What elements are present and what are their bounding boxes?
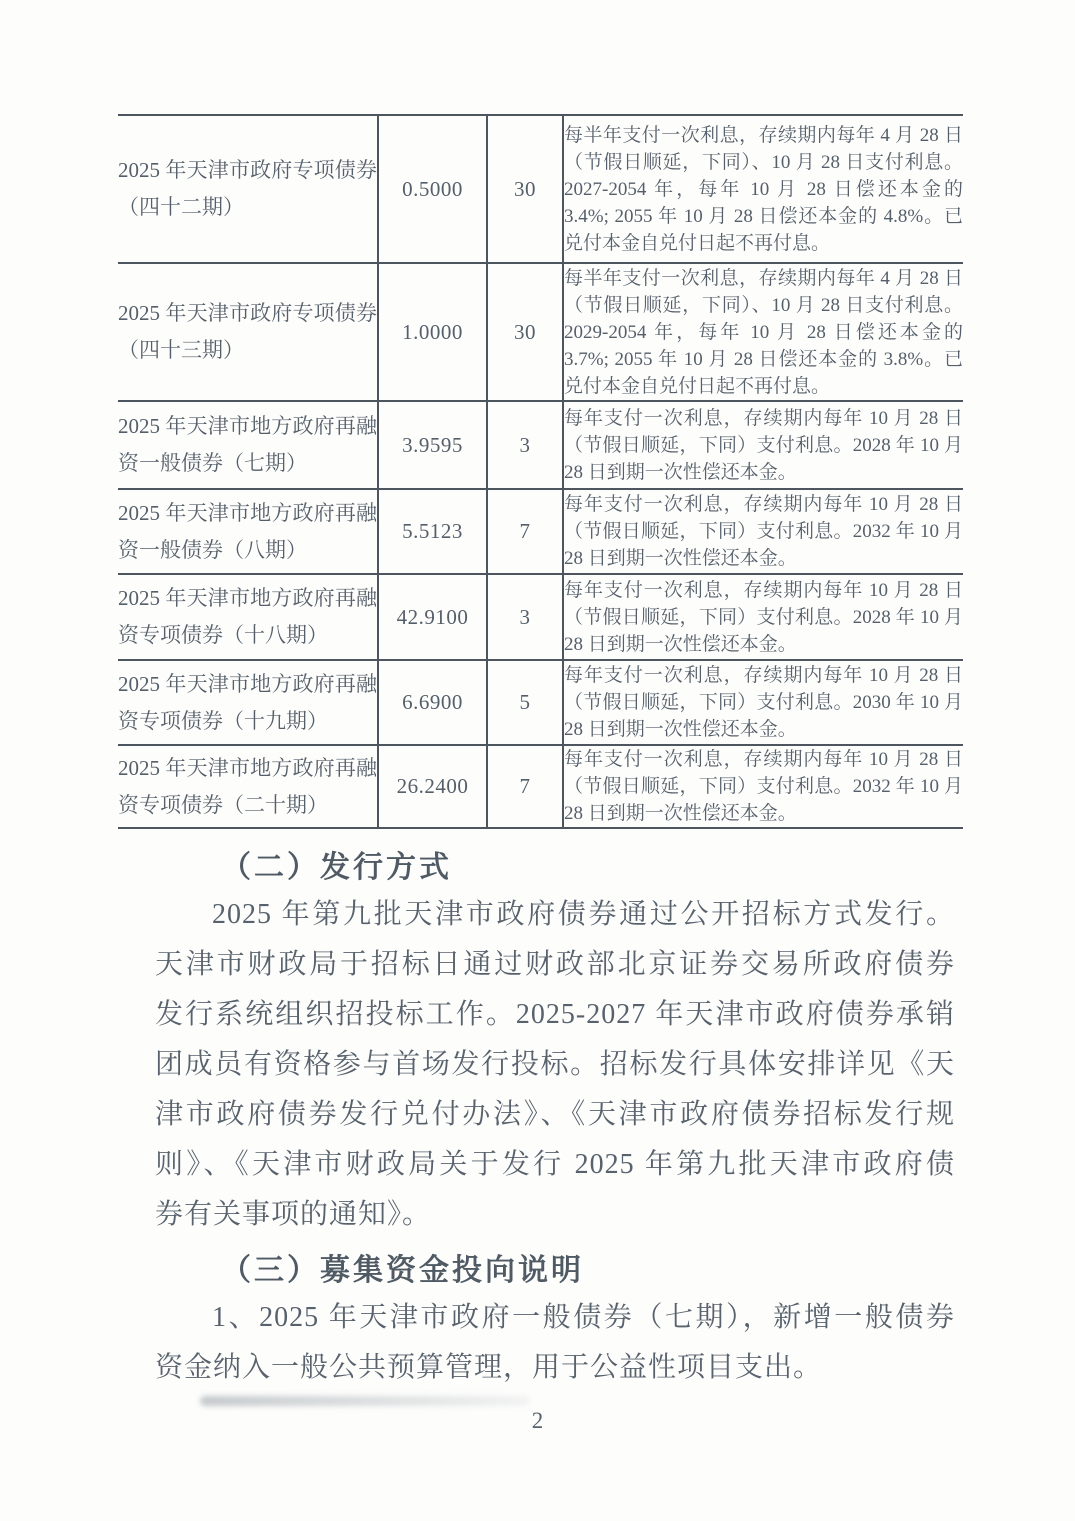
payment-terms-cell: 每半年支付一次利息，存续期内每年 4 月 28 日（节假日顺延，下同）、10 月… — [563, 115, 963, 263]
term-cell: 3 — [487, 574, 563, 660]
body-line: 1、2025 年天津市政府一般债券（七期），新增一般债券 — [155, 1295, 955, 1345]
body-line: 天津市财政局于招标日通过财政部北京证券交易所政府债券 — [155, 942, 955, 992]
table-row: 2025 年天津市地方政府再融资专项债券（十九期） 6.6900 5 每年支付一… — [118, 660, 963, 745]
table-row: 2025 年天津市地方政府再融资一般债券（七期） 3.9595 3 每年支付一次… — [118, 401, 963, 489]
page-number: 2 — [0, 1408, 1075, 1434]
payment-terms-cell: 每年支付一次利息，存续期内每年 10 月 28 日（节假日顺延，下同）支付利息。… — [563, 574, 963, 660]
payment-terms-cell: 每年支付一次利息，存续期内每年 10 月 28 日（节假日顺延，下同）支付利息。… — [563, 745, 963, 828]
amount-cell: 3.9595 — [378, 401, 487, 489]
body-line: 津市政府债券发行兑付办法》、《天津市政府债券招标发行规 — [155, 1092, 955, 1142]
amount-cell: 26.2400 — [378, 745, 487, 828]
bond-name-cell: 2025 年天津市政府专项债券（四十二期） — [118, 115, 378, 263]
table-row: 2025 年天津市地方政府再融资专项债券（二十期） 26.2400 7 每年支付… — [118, 745, 963, 828]
body-line: 则》、《天津市财政局关于发行 2025 年第九批天津市政府债 — [155, 1142, 955, 1192]
table-row: 2025 年天津市地方政府再融资一般债券（八期） 5.5123 7 每年支付一次… — [118, 489, 963, 574]
body-line: 2025 年第九批天津市政府债券通过公开招标方式发行。 — [155, 892, 955, 942]
amount-cell: 42.9100 — [378, 574, 487, 660]
body-line: 团成员有资格参与首场发行投标。招标发行具体安排详见《天 — [155, 1042, 955, 1092]
table-row: 2025 年天津市地方政府再融资专项债券（十八期） 42.9100 3 每年支付… — [118, 574, 963, 660]
amount-cell: 6.6900 — [378, 660, 487, 745]
body-line: 资金纳入一般公共预算管理，用于公益性项目支出。 — [155, 1345, 955, 1395]
body-line: 券有关事项的通知》。 — [155, 1192, 955, 1242]
payment-terms-cell: 每半年支付一次利息，存续期内每年 4 月 28 日（节假日顺延，下同）、10 月… — [563, 263, 963, 401]
payment-terms-cell: 每年支付一次利息，存续期内每年 10 月 28 日（节假日顺延，下同）支付利息。… — [563, 401, 963, 489]
scan-smudge-artifact — [200, 1396, 530, 1406]
payment-terms-cell: 每年支付一次利息，存续期内每年 10 月 28 日（节假日顺延，下同）支付利息。… — [563, 489, 963, 574]
term-cell: 7 — [487, 489, 563, 574]
section-heading-fund-use: （三）募集资金投向说明 — [155, 1242, 955, 1295]
term-cell: 7 — [487, 745, 563, 828]
bond-name-cell: 2025 年天津市地方政府再融资专项债券（二十期） — [118, 745, 378, 828]
table-row: 2025 年天津市政府专项债券（四十三期） 1.0000 30 每半年支付一次利… — [118, 263, 963, 401]
amount-cell: 1.0000 — [378, 263, 487, 401]
term-cell: 3 — [487, 401, 563, 489]
bond-name-cell: 2025 年天津市地方政府再融资一般债券（七期） — [118, 401, 378, 489]
term-cell: 30 — [487, 115, 563, 263]
bond-name-cell: 2025 年天津市政府专项债券（四十三期） — [118, 263, 378, 401]
section-heading-issuance-method: （二）发行方式 — [155, 848, 955, 892]
bond-name-cell: 2025 年天津市地方政府再融资一般债券（八期） — [118, 489, 378, 574]
amount-cell: 5.5123 — [378, 489, 487, 574]
document-body: （二）发行方式 2025 年第九批天津市政府债券通过公开招标方式发行。 天津市财… — [155, 848, 955, 1395]
term-cell: 5 — [487, 660, 563, 745]
bond-name-cell: 2025 年天津市地方政府再融资专项债券（十八期） — [118, 574, 378, 660]
body-line: 发行系统组织招投标工作。2025-2027 年天津市政府债券承销 — [155, 992, 955, 1042]
bond-table: 2025 年天津市政府专项债券（四十二期） 0.5000 30 每半年支付一次利… — [118, 114, 963, 829]
payment-terms-cell: 每年支付一次利息，存续期内每年 10 月 28 日（节假日顺延，下同）支付利息。… — [563, 660, 963, 745]
term-cell: 30 — [487, 263, 563, 401]
document-page: 2025 年天津市政府专项债券（四十二期） 0.5000 30 每半年支付一次利… — [0, 0, 1075, 1521]
table-row: 2025 年天津市政府专项债券（四十二期） 0.5000 30 每半年支付一次利… — [118, 115, 963, 263]
amount-cell: 0.5000 — [378, 115, 487, 263]
bond-name-cell: 2025 年天津市地方政府再融资专项债券（十九期） — [118, 660, 378, 745]
